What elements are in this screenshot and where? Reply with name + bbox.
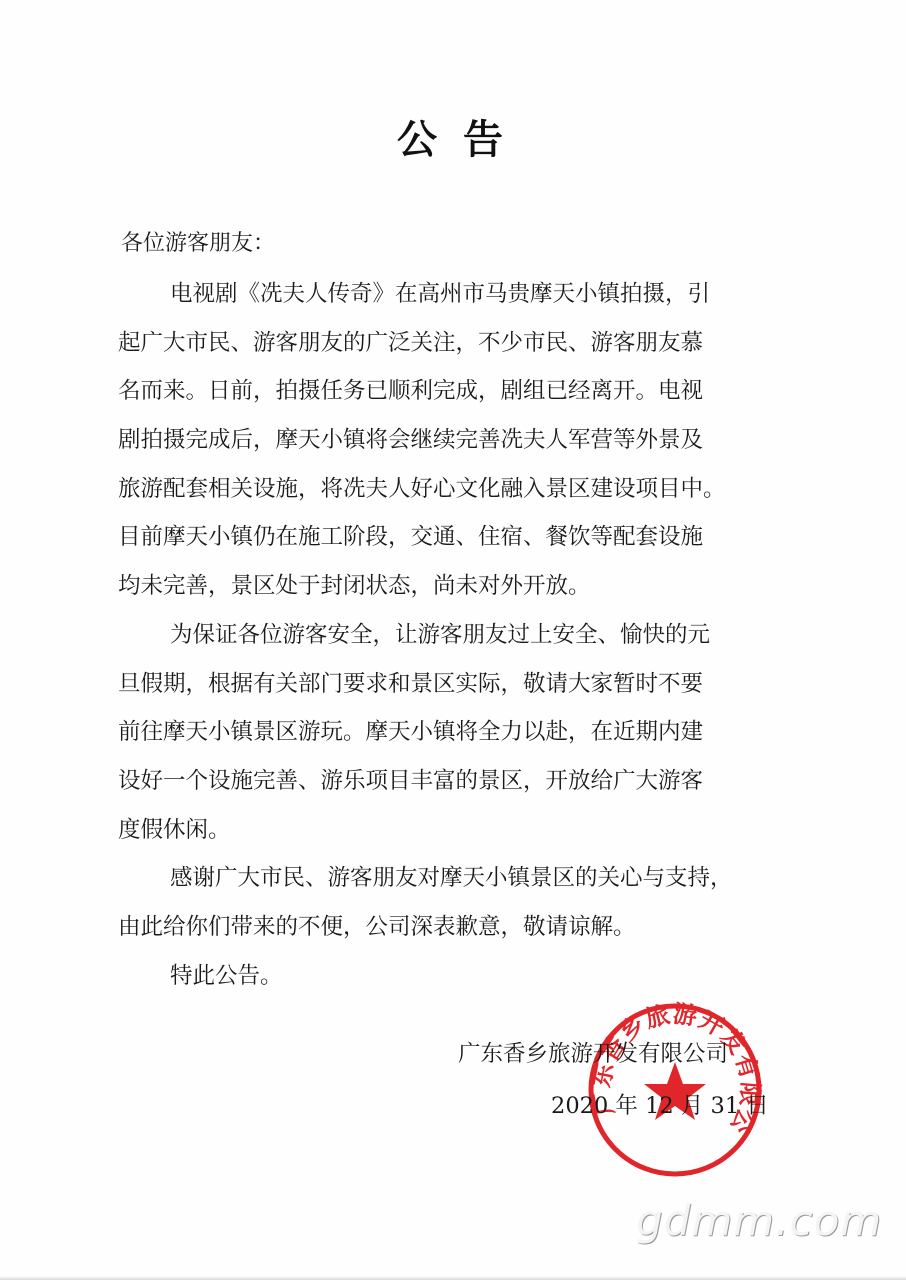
paragraph-1: 电视剧《冼夫人传奇》在高州市马贵摩天小镇拍摄，引 起广大市民、游客朋友的广泛关注…: [118, 270, 808, 611]
text-line: 起广大市民、游客朋友的广泛关注，不少市民、游客朋友慕: [118, 319, 808, 368]
text-line: 为保证各位游客安全，让游客朋友过上安全、愉快的元: [118, 611, 808, 660]
text-line: 前往摩天小镇景区游玩。摩天小镇将全力以赴，在近期内建: [118, 708, 808, 757]
document-title: 公告: [0, 108, 906, 165]
text-line: 旦假期，根据有关部门要求和景区实际，敬请大家暂时不要: [118, 660, 808, 709]
page-edge: [0, 1276, 906, 1280]
text-line: 剧拍摄完成后，摩天小镇将会继续完善冼夫人军营等外景及: [118, 416, 808, 465]
text-line: 度假休闲。: [118, 806, 808, 855]
text-line: 特此公告。: [118, 952, 808, 1001]
text-line: 名而来。日前，拍摄任务已顺利完成，剧组已经离开。电视: [118, 367, 808, 416]
text-line: 目前摩天小镇仍在施工阶段，交通、住宿、餐饮等配套设施: [118, 513, 808, 562]
signature-company: 广东香乡旅游开发有限公司: [458, 1036, 728, 1068]
document-page: 公告 各位游客朋友： 电视剧《冼夫人传奇》在高州市马贵摩天小镇拍摄，引 起广大市…: [0, 0, 906, 1280]
text-line: 电视剧《冼夫人传奇》在高州市马贵摩天小镇拍摄，引: [118, 270, 808, 319]
text-line: 由此给你们带来的不便，公司深表歉意，敬请谅解。: [118, 903, 808, 952]
paragraph-2: 为保证各位游客安全，让游客朋友过上安全、愉快的元 旦假期，根据有关部门要求和景区…: [118, 611, 808, 854]
signature-date: 2020 年 12 月 31 日: [551, 1088, 769, 1120]
paragraph-3: 感谢广大市民、游客朋友对摩天小镇景区的关心与支持， 由此给你们带来的不便，公司深…: [118, 854, 808, 951]
text-line: 感谢广大市民、游客朋友对摩天小镇景区的关心与支持，: [118, 854, 808, 903]
text-line: 均未完善，景区处于封闭状态，尚未对外开放。: [118, 562, 808, 611]
paragraph-4: 特此公告。: [118, 952, 808, 1001]
salutation: 各位游客朋友：: [121, 226, 275, 257]
text-line: 设好一个设施完善、游乐项目丰富的景区，开放给广大游客: [118, 757, 808, 806]
text-line: 旅游配套相关设施，将冼夫人好心文化融入景区建设项目中。: [118, 465, 808, 514]
document-body: 电视剧《冼夫人传奇》在高州市马贵摩天小镇拍摄，引 起广大市民、游客朋友的广泛关注…: [118, 270, 808, 1000]
watermark: gdmm.com: [636, 1196, 882, 1245]
